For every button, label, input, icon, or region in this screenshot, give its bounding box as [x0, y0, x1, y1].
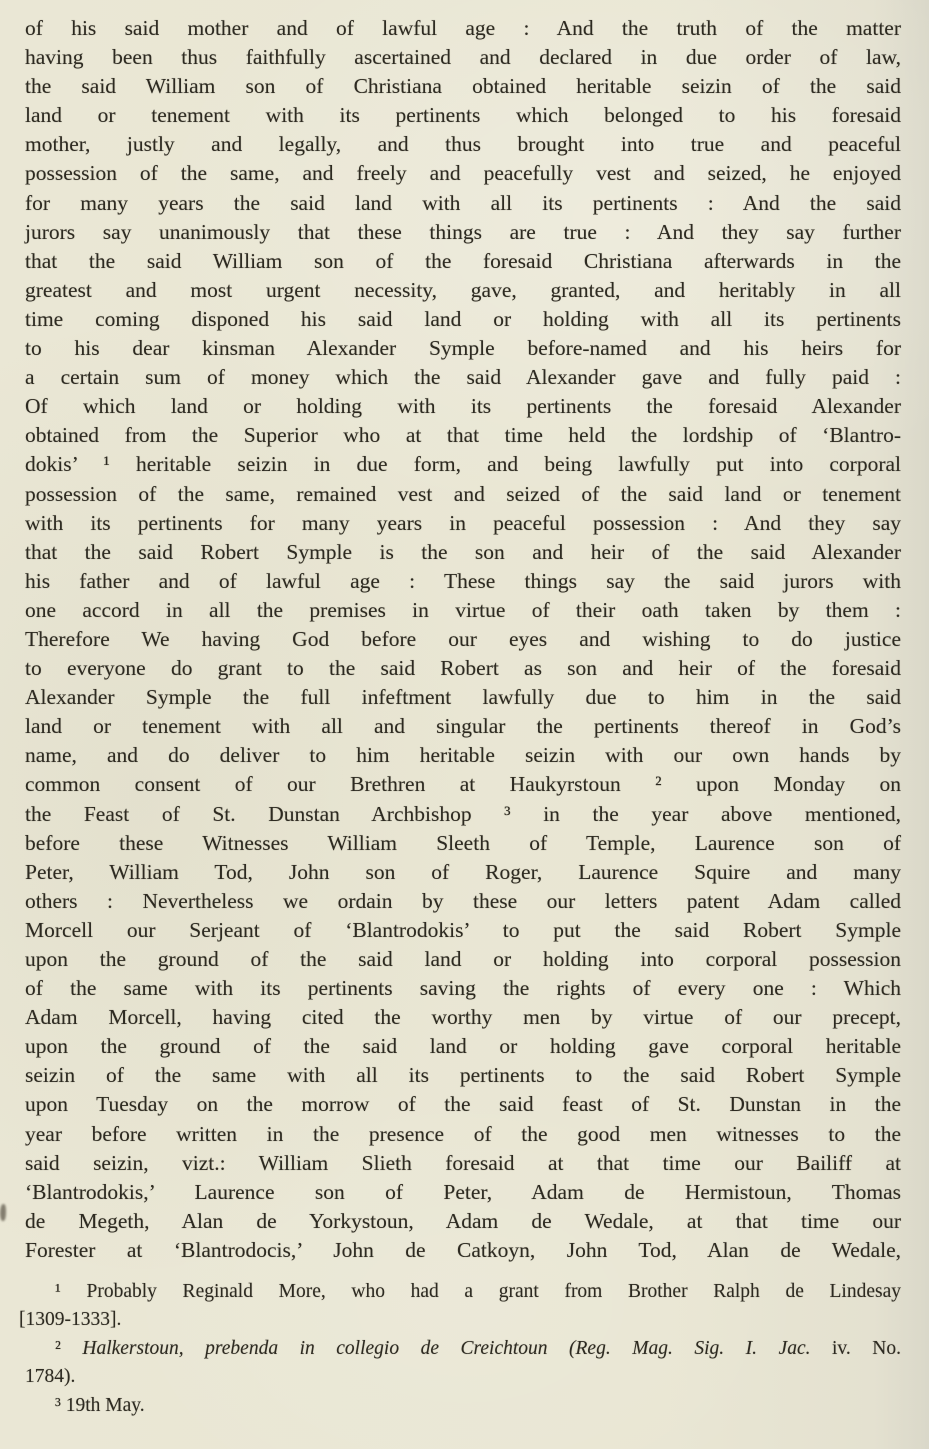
text-line: Of which land or holding with its pertin… [25, 392, 901, 421]
text-line: seizin of the same with all its pertinen… [25, 1061, 901, 1090]
text-line: before these Witnesses William Sleeth of… [25, 829, 901, 858]
text-line: to everyone do grant to the said Robert … [25, 654, 901, 683]
text-line: greatest and most urgent necessity, gave… [25, 276, 901, 305]
text-line: others : Nevertheless we ordain by these… [25, 887, 901, 916]
footnote-2-line-2: 1784). [25, 1363, 901, 1391]
footnote-3: ³ 19th May. [25, 1392, 901, 1420]
text-line: the Feast of St. Dunstan Archbishop ³ in… [25, 800, 901, 829]
text-line: year before written in the presence of t… [25, 1120, 901, 1149]
text-line: of his said mother and of lawful age : A… [25, 14, 901, 43]
text-line: to his dear kinsman Alexander Symple bef… [25, 334, 901, 363]
text-line: of the same with its pertinents saving t… [25, 974, 901, 1003]
text-line: with its pertinents for many years in pe… [25, 509, 901, 538]
footnote-2-line-1: ² Halkerstoun, prebenda in collegio de C… [25, 1335, 901, 1363]
text-line: jurors say unanimously that these things… [25, 218, 901, 247]
text-line: Peter, William Tod, John son of Roger, L… [25, 858, 901, 887]
text-line: name, and do deliver to him heritable se… [25, 741, 901, 770]
text-line: that the said William son of the foresai… [25, 247, 901, 276]
text-line: one accord in all the premises in virtue… [25, 596, 901, 625]
text-line: the said William son of Christiana obtai… [25, 72, 901, 101]
text-line: that the said Robert Symple is the son a… [25, 538, 901, 567]
text-line: upon the ground of the said land or hold… [25, 1032, 901, 1061]
text-line: Therefore We having God before our eyes … [25, 625, 901, 654]
footnote-2-marker: ² [55, 1338, 82, 1359]
text-line: dokis’ ¹ heritable seizin in due form, a… [25, 450, 901, 479]
text-line: Morcell our Serjeant of ‘Blantrodokis’ t… [25, 916, 901, 945]
text-line: Adam Morcell, having cited the worthy me… [25, 1003, 901, 1032]
text-line: said seizin, vizt.: William Slieth fores… [25, 1149, 901, 1178]
text-line: common consent of our Brethren at Haukyr… [25, 770, 901, 799]
text-line: obtained from the Superior who at that t… [25, 421, 901, 450]
text-line: possession of the same, remained vest an… [25, 480, 901, 509]
ink-smudge [0, 1204, 6, 1221]
text-line: land or tenement with its pertinents whi… [25, 101, 901, 130]
text-line: a certain sum of money which the said Al… [25, 363, 901, 392]
footnote-2-roman-text: iv. No. [810, 1338, 901, 1359]
text-line: Alexander Symple the full infeftment law… [25, 683, 901, 712]
text-line: his father and of lawful age : These thi… [25, 567, 901, 596]
text-line: de Megeth, Alan de Yorkystoun, Adam de W… [25, 1207, 901, 1236]
text-line: having been thus faithfully ascertained … [25, 43, 901, 72]
text-line: ‘Blantrodokis,’ Laurence son of Peter, A… [25, 1178, 901, 1207]
text-line: time coming disponed his said land or ho… [25, 305, 901, 334]
text-line: upon the ground of the said land or hold… [25, 945, 901, 974]
text-line: land or tenement with all and singular t… [25, 712, 901, 741]
text-line: mother, justly and legally, and thus bro… [25, 130, 901, 159]
footnote-1-line-1: ¹ Probably Reginald More, who had a gran… [25, 1278, 901, 1306]
text-line: Forester at ‘Blantrodocis,’ John de Catk… [25, 1236, 901, 1265]
footnotes-section: ¹ Probably Reginald More, who had a gran… [25, 1278, 901, 1420]
deed-body-paragraph: of his said mother and of lawful age : A… [25, 14, 901, 1265]
footnote-1-line-2: [1309-1333]. [19, 1306, 901, 1334]
text-line: upon Tuesday on the morrow of the said f… [25, 1090, 901, 1119]
text-line: possession of the same, and freely and p… [25, 159, 901, 188]
footnote-2-italic-citation: Halkerstoun, prebenda in collegio de Cre… [82, 1338, 810, 1359]
text-line: for many years the said land with all it… [25, 189, 901, 218]
scanned-book-page: of his said mother and of lawful age : A… [0, 0, 929, 1449]
